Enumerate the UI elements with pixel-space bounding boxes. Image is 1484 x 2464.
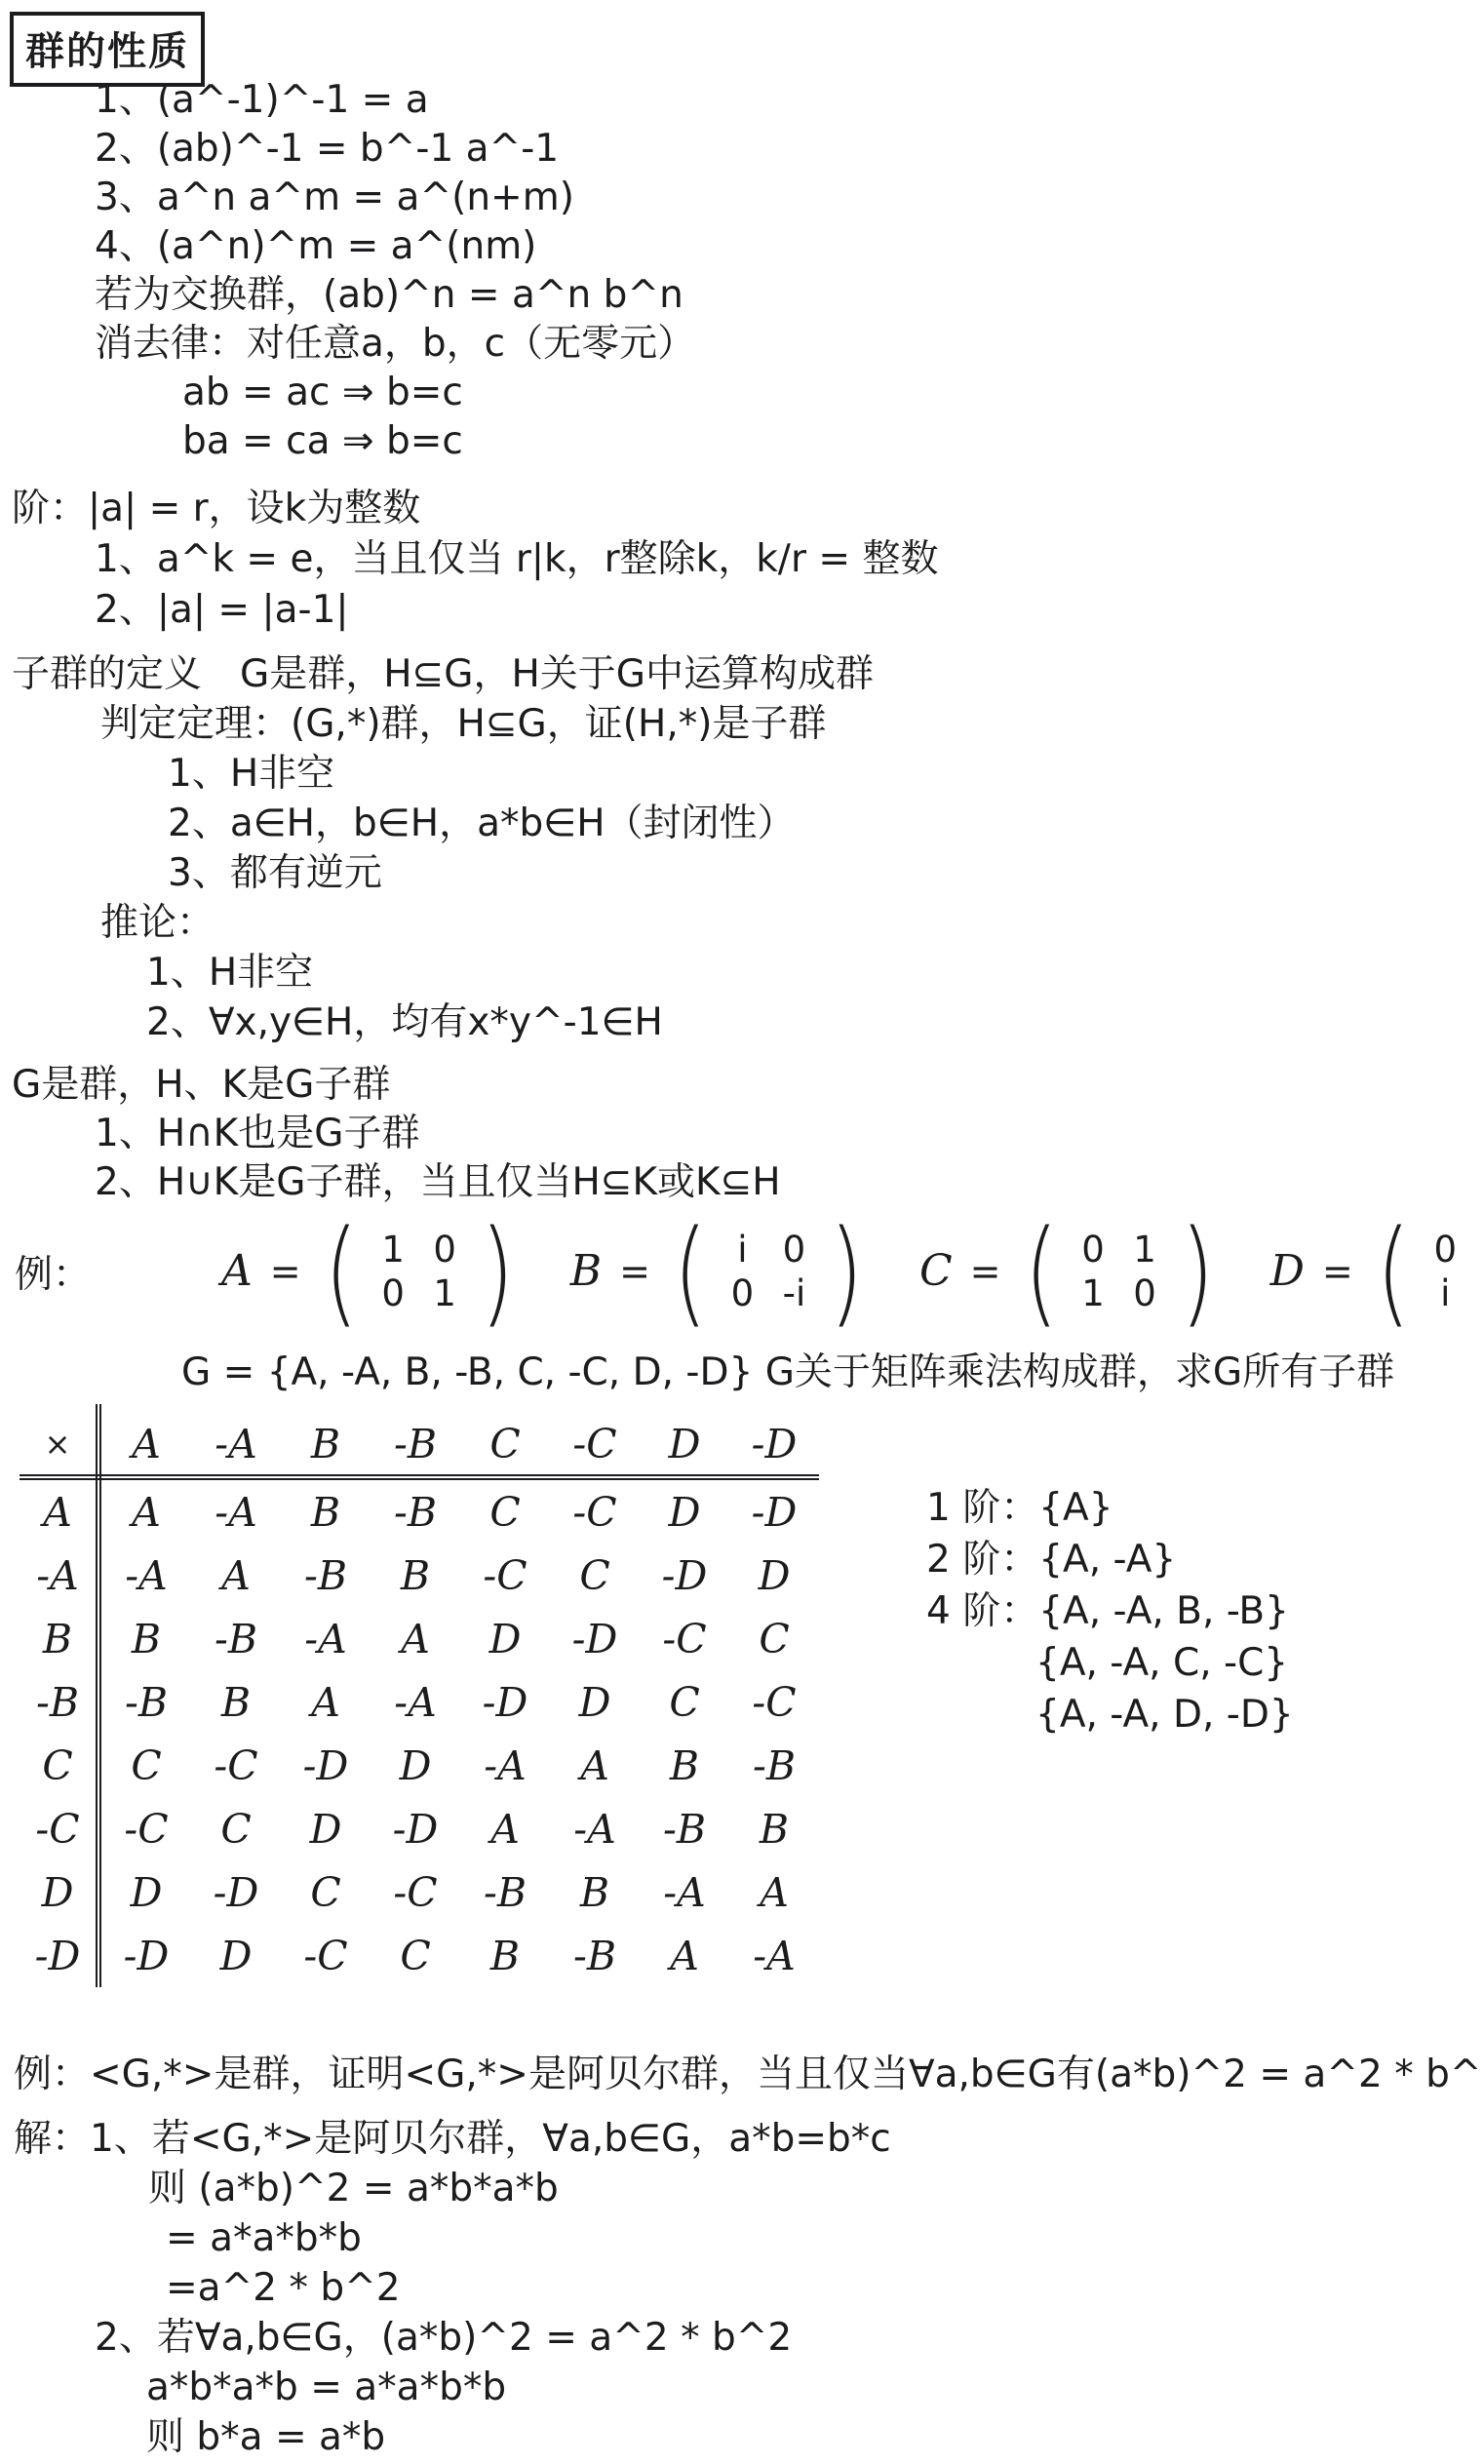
- order-4-line: {A, -A, D, -D}: [926, 1689, 1294, 1740]
- cayley-cell: D: [281, 1797, 371, 1860]
- cayley-row: BB-B-AAD-D-CC: [20, 1607, 819, 1670]
- matrix-entries: 0110: [1077, 1229, 1161, 1314]
- cayley-cell: A: [191, 1544, 281, 1607]
- cayley-cell: B: [98, 1607, 191, 1670]
- cayley-row-label: -B: [20, 1670, 98, 1734]
- section-subgroup-definition: 子群的定义 G是群，H⊆G，H关于G中运算构成群 判定定理：(G,*)群，H⊆G…: [0, 649, 874, 1047]
- solution-line: 则 b*a = a*b: [0, 2412, 891, 2462]
- cayley-cell: -C: [640, 1607, 729, 1670]
- cayley-row: CC-C-DD-AAB-B: [20, 1734, 819, 1797]
- cayley-cell: D: [729, 1544, 819, 1607]
- cayley-cell: B: [371, 1544, 460, 1607]
- matrix-entry: i: [1429, 1272, 1462, 1314]
- section-hk-subgroups: G是群，H、K是G子群 1、H∩K也是G子群 2、H∪K是G子群，当且仅当H⊆K…: [0, 1061, 781, 1207]
- cayley-cell: -D: [640, 1544, 729, 1607]
- solution-line: a*b*a*b = a*a*b*b: [0, 2363, 891, 2412]
- cayley-cell: -B: [729, 1734, 819, 1797]
- cayley-cell: B: [640, 1734, 729, 1797]
- matrix-name: D: [1270, 1246, 1305, 1296]
- cayley-cell: C: [191, 1797, 281, 1860]
- cayley-cell: -A: [191, 1477, 281, 1544]
- commutative-line: 若为交换群，(ab)^n = a^n b^n: [0, 271, 695, 320]
- matrix-D: D=(0ii0): [1270, 1219, 1484, 1325]
- matrix-entry: 0: [778, 1229, 810, 1271]
- cayley-table: ×A-AB-BC-CD-DAA-AB-BC-CD-D-A-AA-BB-CC-DD…: [20, 1404, 819, 1987]
- left-paren: (: [324, 1219, 358, 1325]
- hk-heading: G是群，H、K是G子群: [0, 1061, 781, 1110]
- equals-sign: =: [966, 1250, 1005, 1293]
- order-4-line: {A, -A, C, -C}: [926, 1637, 1294, 1689]
- cayley-cell: D: [371, 1734, 460, 1797]
- cayley-cell: -C: [460, 1544, 550, 1607]
- property-line: 3、a^n a^m = a^(n+m): [0, 174, 695, 222]
- order-4-line: 4 阶：{A, -A, B, -B}: [926, 1585, 1294, 1637]
- matrix-entries: 1001: [377, 1229, 461, 1314]
- cayley-cell: -C: [191, 1734, 281, 1797]
- cayley-cell: B: [460, 1924, 550, 1987]
- matrix-entry: 1: [429, 1272, 461, 1314]
- cayley-cell: B: [550, 1860, 640, 1924]
- cancellation-eq: ba = ca ⇒ b=c: [0, 417, 695, 466]
- cayley-cell: -C: [550, 1477, 640, 1544]
- cayley-cell: B: [191, 1670, 281, 1734]
- right-paren: ): [1180, 1219, 1214, 1325]
- abelian-statement: 例：<G,*>是群，证明<G,*>是阿贝尔群，当且仅当∀a,b∈G有(a*b)^…: [14, 2044, 1484, 2098]
- cayley-row-label: -C: [20, 1797, 98, 1860]
- solution-line: 解：1、若<G,*>是阿贝尔群，∀a,b∈G，a*b=b*c: [0, 2114, 891, 2164]
- matrix-C: C=(0110): [919, 1219, 1220, 1325]
- matrix-name: B: [570, 1246, 602, 1296]
- order-heading: 阶：|a| = r，设k为整数: [0, 484, 938, 534]
- matrix-A: A=(1001): [221, 1219, 520, 1325]
- matrix-entry: 0: [1077, 1229, 1110, 1271]
- cayley-col-header: -C: [550, 1404, 640, 1477]
- solution-line: 则 (a*b)^2 = a*b*a*b: [0, 2164, 891, 2213]
- cayley-cell: -B: [98, 1670, 191, 1734]
- cayley-cell: -D: [371, 1797, 460, 1860]
- cayley-row: -D-DD-CCB-BA-A: [20, 1924, 819, 1987]
- cayley-row: AA-AB-BC-CD-D: [20, 1477, 819, 1544]
- left-paren: (: [1376, 1219, 1410, 1325]
- cayley-cell: A: [371, 1607, 460, 1670]
- cayley-cell: -B: [460, 1860, 550, 1924]
- solution-block: 解：1、若<G,*>是阿贝尔群，∀a,b∈G，a*b=b*c 则 (a*b)^2…: [0, 2114, 891, 2462]
- cayley-col-header: B: [281, 1404, 371, 1477]
- cayley-cell: -A: [281, 1607, 371, 1670]
- cayley-cell: -A: [640, 1860, 729, 1924]
- matrix-entry: 1: [377, 1229, 410, 1271]
- cayley-cell: -A: [729, 1924, 819, 1987]
- example-label: 例：: [15, 1244, 171, 1299]
- cayley-row-label: B: [20, 1607, 98, 1670]
- subgroup-orders: 1 阶：{A} 2 阶：{A, -A} 4 阶：{A, -A, B, -B} {…: [926, 1482, 1294, 1740]
- theorem-item: 3、都有逆元: [0, 848, 874, 898]
- cayley-col-header: -B: [371, 1404, 460, 1477]
- cayley-op-symbol: ×: [20, 1404, 98, 1477]
- matrix-entry: 1: [1077, 1272, 1110, 1314]
- cayley-cell: D: [550, 1670, 640, 1734]
- matrix-entry: i: [726, 1229, 759, 1271]
- cayley-cell: A: [550, 1734, 640, 1797]
- cayley-cell: C: [640, 1670, 729, 1734]
- cayley-row: -A-AA-BB-CC-DD: [20, 1544, 819, 1607]
- cayley-row-label: C: [20, 1734, 98, 1797]
- cayley-col-header: -D: [729, 1404, 819, 1477]
- cayley-cell: C: [371, 1924, 460, 1987]
- cayley-row-label: -A: [20, 1544, 98, 1607]
- left-paren: (: [674, 1219, 708, 1325]
- cayley-col-header: C: [460, 1404, 550, 1477]
- order-1-line: 1 阶：{A}: [926, 1482, 1294, 1534]
- cayley-cell: -B: [640, 1797, 729, 1860]
- solution-line: = a*a*b*b: [0, 2213, 891, 2263]
- cancellation-eq: ab = ac ⇒ b=c: [0, 369, 695, 417]
- cayley-cell: -B: [371, 1477, 460, 1544]
- cayley-row-label: A: [20, 1477, 98, 1544]
- cayley-cell: -A: [460, 1734, 550, 1797]
- order-item: 1、a^k = e，当且仅当 r|k，r整除k，k/r = 整数: [0, 534, 938, 585]
- cayley-cell: -D: [729, 1477, 819, 1544]
- corollary-heading: 推论：: [0, 898, 874, 948]
- cayley-cell: -D: [281, 1734, 371, 1797]
- cayley-row: -B-BBA-A-DDC-C: [20, 1670, 819, 1734]
- hk-item: 2、H∪K是G子群，当且仅当H⊆K或K⊆H: [0, 1158, 781, 1207]
- matrix-entries: 0ii0: [1429, 1229, 1484, 1314]
- solution-line: 2、若∀a,b∈G，(a*b)^2 = a^2 * b^2: [0, 2313, 891, 2363]
- right-paren: ): [830, 1219, 864, 1325]
- cayley-cell: -B: [191, 1607, 281, 1670]
- matrix-entry: 0: [726, 1272, 759, 1314]
- matrix-entry: 0: [429, 1229, 461, 1271]
- cayley-cell: B: [729, 1797, 819, 1860]
- cayley-cell: A: [640, 1924, 729, 1987]
- cayley-cell: A: [460, 1797, 550, 1860]
- matrix-entries: i00-i: [726, 1229, 810, 1314]
- cayley-cell: C: [729, 1607, 819, 1670]
- cayley-cell: A: [98, 1477, 191, 1544]
- cayley-cell: D: [460, 1607, 550, 1670]
- section-group-properties: 1、(a^-1)^-1 = a 2、(ab)^-1 = b^-1 a^-1 3、…: [0, 76, 695, 466]
- cayley-row-label: -D: [20, 1924, 98, 1987]
- property-line: 2、(ab)^-1 = b^-1 a^-1: [0, 125, 695, 174]
- matrix-example-row: 例： A=(1001)B=(i00-i)C=(0110)D=(0ii0): [15, 1217, 1484, 1326]
- cayley-row: DD-DC-C-BB-AA: [20, 1860, 819, 1924]
- cayley-cell: C: [98, 1734, 191, 1797]
- matrix-name: C: [919, 1246, 953, 1296]
- cayley-cell: -C: [371, 1860, 460, 1924]
- equals-sign: =: [266, 1250, 305, 1293]
- cayley-row-label: D: [20, 1860, 98, 1924]
- cayley-cell: B: [281, 1477, 371, 1544]
- cayley-cell: -C: [98, 1797, 191, 1860]
- cayley-cell: A: [281, 1670, 371, 1734]
- cayley-col-header: A: [98, 1404, 191, 1477]
- cayley-cell: C: [550, 1544, 640, 1607]
- cayley-cell: -B: [550, 1924, 640, 1987]
- equals-sign: =: [1318, 1250, 1357, 1293]
- cayley-cell: A: [729, 1860, 819, 1924]
- solution-line: =a^2 * b^2: [0, 2263, 891, 2313]
- cayley-cell: D: [191, 1924, 281, 1987]
- matrix-entry: 0: [1129, 1272, 1161, 1314]
- judgement-theorem: 判定定理：(G,*)群，H⊆G，证(H,*)是子群: [0, 699, 874, 749]
- cancellation-law-line: 消去律：对任意a，b，c（无零元）: [0, 320, 695, 369]
- cayley-row: -C-CCD-DA-A-BB: [20, 1797, 819, 1860]
- matrix-entry: 0: [1429, 1229, 1462, 1271]
- left-paren: (: [1024, 1219, 1058, 1325]
- handwritten-notes-page: 群的性质 1、(a^-1)^-1 = a 2、(ab)^-1 = b^-1 a^…: [0, 0, 1484, 2464]
- cayley-col-header: D: [640, 1404, 729, 1477]
- subgroup-definition: 子群的定义 G是群，H⊆G，H关于G中运算构成群: [0, 649, 874, 699]
- matrix-entry: 1: [1129, 1229, 1161, 1271]
- matrix-B: B=(i00-i): [570, 1219, 869, 1325]
- hk-item: 1、H∩K也是G子群: [0, 1110, 781, 1158]
- cayley-col-header: -A: [191, 1404, 281, 1477]
- cayley-cell: -D: [550, 1607, 640, 1670]
- group-set-line: G = {A, -A, B, -B, C, -C, D, -D} G关于矩阵乘法…: [181, 1342, 1394, 1396]
- matrix-entry: -i: [778, 1272, 810, 1314]
- cayley-cell: C: [460, 1477, 550, 1544]
- cayley-cell: -A: [550, 1797, 640, 1860]
- cayley-header-row: ×A-AB-BC-CD-D: [20, 1404, 819, 1477]
- cayley-cell: -D: [191, 1860, 281, 1924]
- matrix-name: A: [221, 1246, 253, 1296]
- cayley-cell: -D: [98, 1924, 191, 1987]
- cayley-cell: -B: [281, 1544, 371, 1607]
- property-line: 1、(a^-1)^-1 = a: [0, 76, 695, 125]
- corollary-item: 2、∀x,y∈H，均有x*y^-1∈H: [0, 997, 874, 1047]
- cayley-cell: -D: [460, 1670, 550, 1734]
- cayley-cell: -A: [98, 1544, 191, 1607]
- theorem-item: 2、a∈H，b∈H，a*b∈H（封闭性）: [0, 799, 874, 848]
- corollary-item: 1、H非空: [0, 948, 874, 997]
- property-line: 4、(a^n)^m = a^(nm): [0, 222, 695, 271]
- cayley-cell: C: [281, 1860, 371, 1924]
- cayley-cell: -A: [371, 1670, 460, 1734]
- right-paren: ): [480, 1219, 514, 1325]
- cayley-table-wrap: ×A-AB-BC-CD-DAA-AB-BC-CD-D-A-AA-BB-CC-DD…: [20, 1404, 819, 1987]
- matrix-entry: 0: [377, 1272, 410, 1314]
- cayley-cell: D: [98, 1860, 191, 1924]
- cayley-cell: -C: [281, 1924, 371, 1987]
- cayley-cell: -C: [729, 1670, 819, 1734]
- equals-sign: =: [615, 1250, 654, 1293]
- order-2-line: 2 阶：{A, -A}: [926, 1534, 1294, 1585]
- section-element-order: 阶：|a| = r，设k为整数 1、a^k = e，当且仅当 r|k，r整除k，…: [0, 484, 938, 636]
- order-item: 2、|a| = |a-1|: [0, 585, 938, 636]
- theorem-item: 1、H非空: [0, 749, 874, 799]
- cayley-cell: D: [640, 1477, 729, 1544]
